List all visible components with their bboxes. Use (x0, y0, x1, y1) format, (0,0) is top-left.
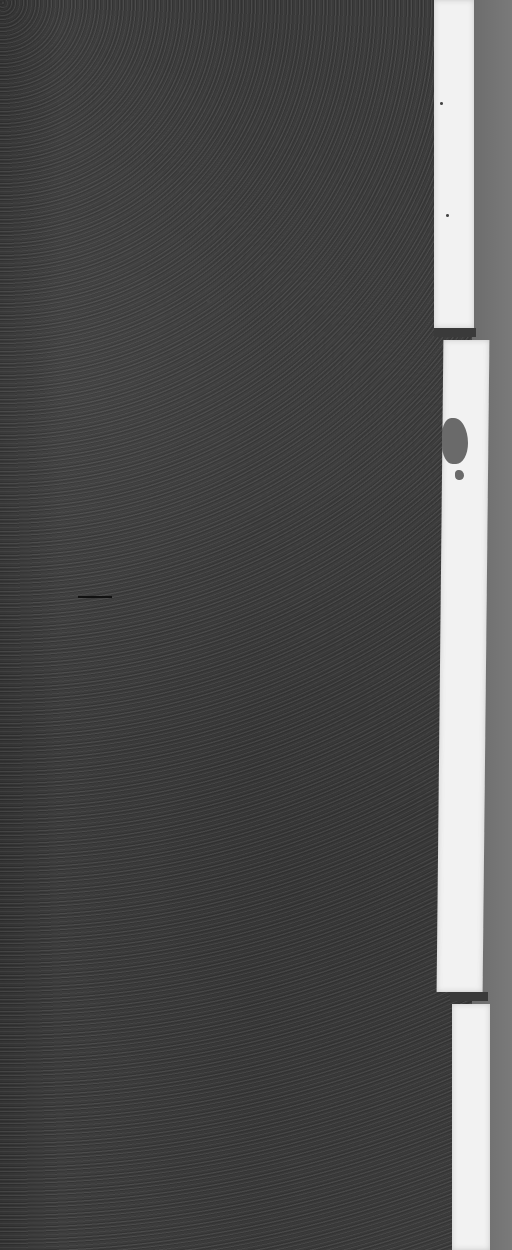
asphalt-speck (446, 214, 449, 217)
marking-gap-2 (450, 992, 488, 1001)
lane-marking-segment-3 (452, 1004, 490, 1250)
asphalt-speck (440, 102, 443, 105)
asphalt-speck (207, 300, 210, 303)
marking-wear-spot (455, 470, 464, 480)
marking-wear-patch (442, 418, 468, 464)
asphalt-crack (78, 596, 112, 598)
marking-gap-1 (434, 328, 476, 337)
lane-marking-segment-1 (434, 0, 474, 328)
